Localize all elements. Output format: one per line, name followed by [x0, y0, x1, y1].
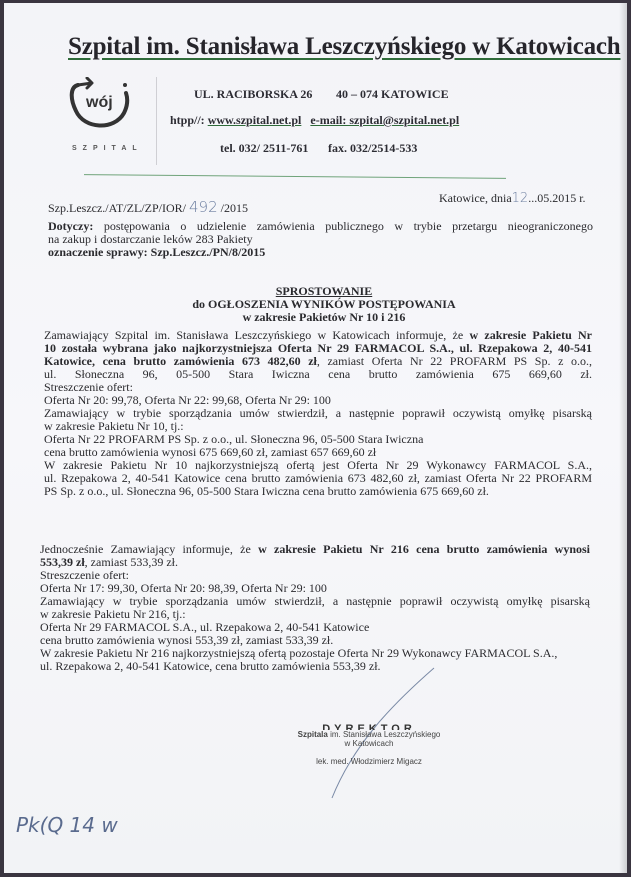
director-stamp: DYREKTOR Szpitala im. Stanisława Leszczy… — [274, 723, 464, 766]
hospital-title: Szpital im. Stanisława Leszczyńskiego w … — [68, 33, 621, 61]
reference-number: Szp.Leszcz./AT/ZL/ZP/IOR/ 492 /2015 — [48, 198, 248, 216]
subject-block: Dotyczy: postępowania o udzielenie zamów… — [48, 220, 593, 259]
stamp-title: DYREKTOR — [274, 723, 464, 730]
scan-edge-shadow — [619, 3, 627, 873]
paragraph-package-10: Zamawiający Szpital im. Stanisława Leszc… — [44, 329, 592, 498]
document-heading: SPROSTOWANIE do OGŁOSZENIA WYNIKÓW POSTĘ… — [154, 285, 494, 324]
logo-tagline: SZPITAL — [72, 145, 143, 152]
case-reference: oznaczenie sprawy: Szp.Leszcz./PN/8/2015 — [48, 246, 593, 259]
website-link[interactable]: www.szpital.net.pl — [208, 113, 302, 127]
tel-number: tel. 032/ 2511-761 — [220, 141, 308, 156]
street-address: UL. RACIBORSKA 26 — [194, 87, 312, 102]
logo-smile-icon: wój — [66, 77, 136, 141]
svg-text:wój: wój — [85, 94, 113, 111]
header-divider — [84, 174, 506, 179]
hospital-logo: wój SZPITAL — [66, 77, 157, 165]
handwritten-annotation: Pk(Q 14 w — [16, 813, 118, 837]
postcode-city: 40 – 074 KATOWICE — [336, 87, 449, 102]
website-line: htpp//: www.szpital.net.pl e-mail: szpit… — [170, 113, 459, 128]
email-link[interactable]: e-mail: szpital@szpital.net.pl — [310, 113, 459, 127]
heading-scope: w zakresie Pakietów Nr 10 i 216 — [154, 311, 494, 324]
paragraph-package-216: Jednocześnie Zamawiający informuje, że w… — [40, 543, 590, 673]
letter-date: Katowice, dnia12...05.2015 r. — [439, 191, 586, 206]
fax-number: fax. 032/2514-533 — [328, 141, 417, 156]
scanned-document-page: Szpital im. Stanisława Leszczyńskiego w … — [4, 3, 627, 873]
heading-title: SPROSTOWANIE — [276, 284, 372, 298]
subject-label: Dotyczy: — [48, 219, 93, 233]
handwritten-day: 12 — [512, 191, 529, 206]
handwritten-number: 492 — [189, 198, 218, 216]
director-name: lek. med. Włodzimierz Migacz — [274, 757, 464, 766]
website-prefix: htpp//: — [170, 113, 205, 127]
